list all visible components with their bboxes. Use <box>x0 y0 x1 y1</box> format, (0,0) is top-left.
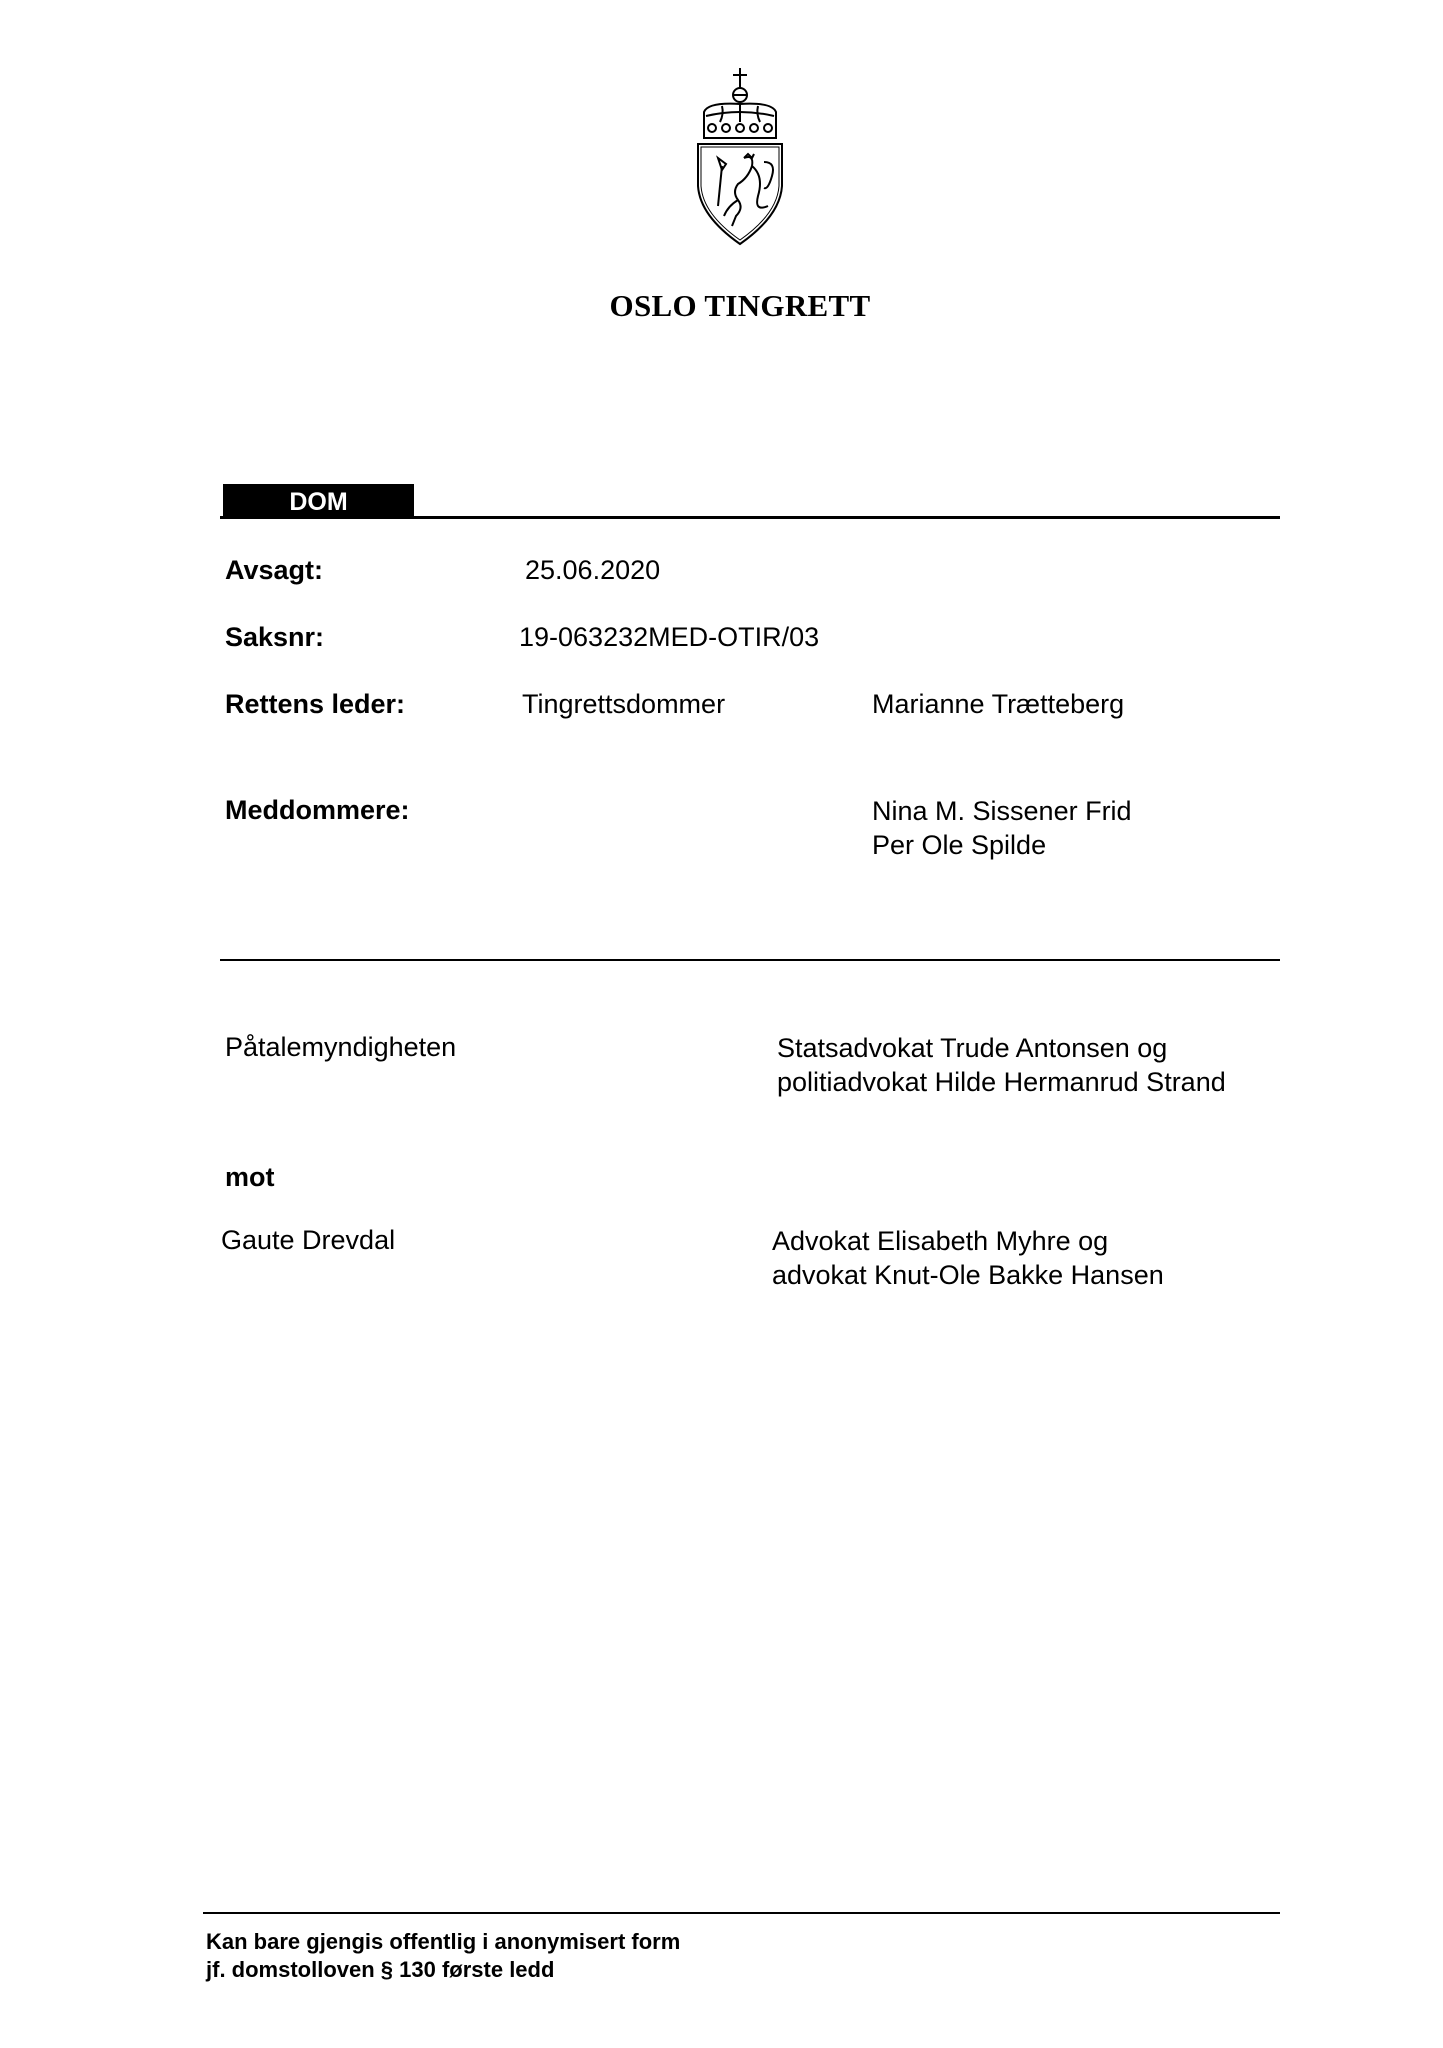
representative: politiadvokat Hilde Hermanrud Strand <box>777 1065 1226 1099</box>
rettens-leder-title: Tingrettsdommer <box>522 689 725 720</box>
document-type-label: DOM <box>223 484 414 518</box>
saksnr-label: Saksnr: <box>225 622 324 653</box>
meddommere-names: Nina M. Sissener Frid Per Ole Spilde <box>872 794 1132 862</box>
meddommere-label: Meddommere: <box>225 795 410 826</box>
anonymization-notice: Kan bare gjengis offentlig i anonymisert… <box>206 1928 680 1984</box>
meddommer-name: Nina M. Sissener Frid <box>872 794 1132 828</box>
avsagt-value: 25.06.2020 <box>525 555 660 586</box>
rettens-leder-name: Marianne Trætteberg <box>872 689 1124 720</box>
rettens-leder-label: Rettens leder: <box>225 689 405 720</box>
section-divider <box>220 959 1280 961</box>
saksnr-value: 19-063232MED-OTIR/03 <box>519 622 819 653</box>
representative: advokat Knut-Ole Bakke Hansen <box>772 1258 1164 1292</box>
meddommer-name: Per Ole Spilde <box>872 828 1132 862</box>
header-rule <box>220 516 1280 519</box>
defendant-party: Gaute Drevdal <box>221 1225 395 1256</box>
notice-line: Kan bare gjengis offentlig i anonymisert… <box>206 1928 680 1956</box>
avsagt-label: Avsagt: <box>225 555 323 586</box>
coat-of-arms-icon <box>688 66 792 248</box>
court-name: OSLO TINGRETT <box>0 288 1443 324</box>
footer-rule <box>203 1912 1280 1914</box>
representative: Advokat Elisabeth Myhre og <box>772 1224 1164 1258</box>
notice-line: jf. domstolloven § 130 første ledd <box>206 1956 680 1984</box>
prosecution-party: Påtalemyndigheten <box>225 1032 456 1063</box>
representative: Statsadvokat Trude Antonsen og <box>777 1031 1226 1065</box>
prosecution-representatives: Statsadvokat Trude Antonsen og politiadv… <box>777 1031 1226 1099</box>
versus-label: mot <box>225 1162 275 1193</box>
defendant-representatives: Advokat Elisabeth Myhre og advokat Knut-… <box>772 1224 1164 1292</box>
